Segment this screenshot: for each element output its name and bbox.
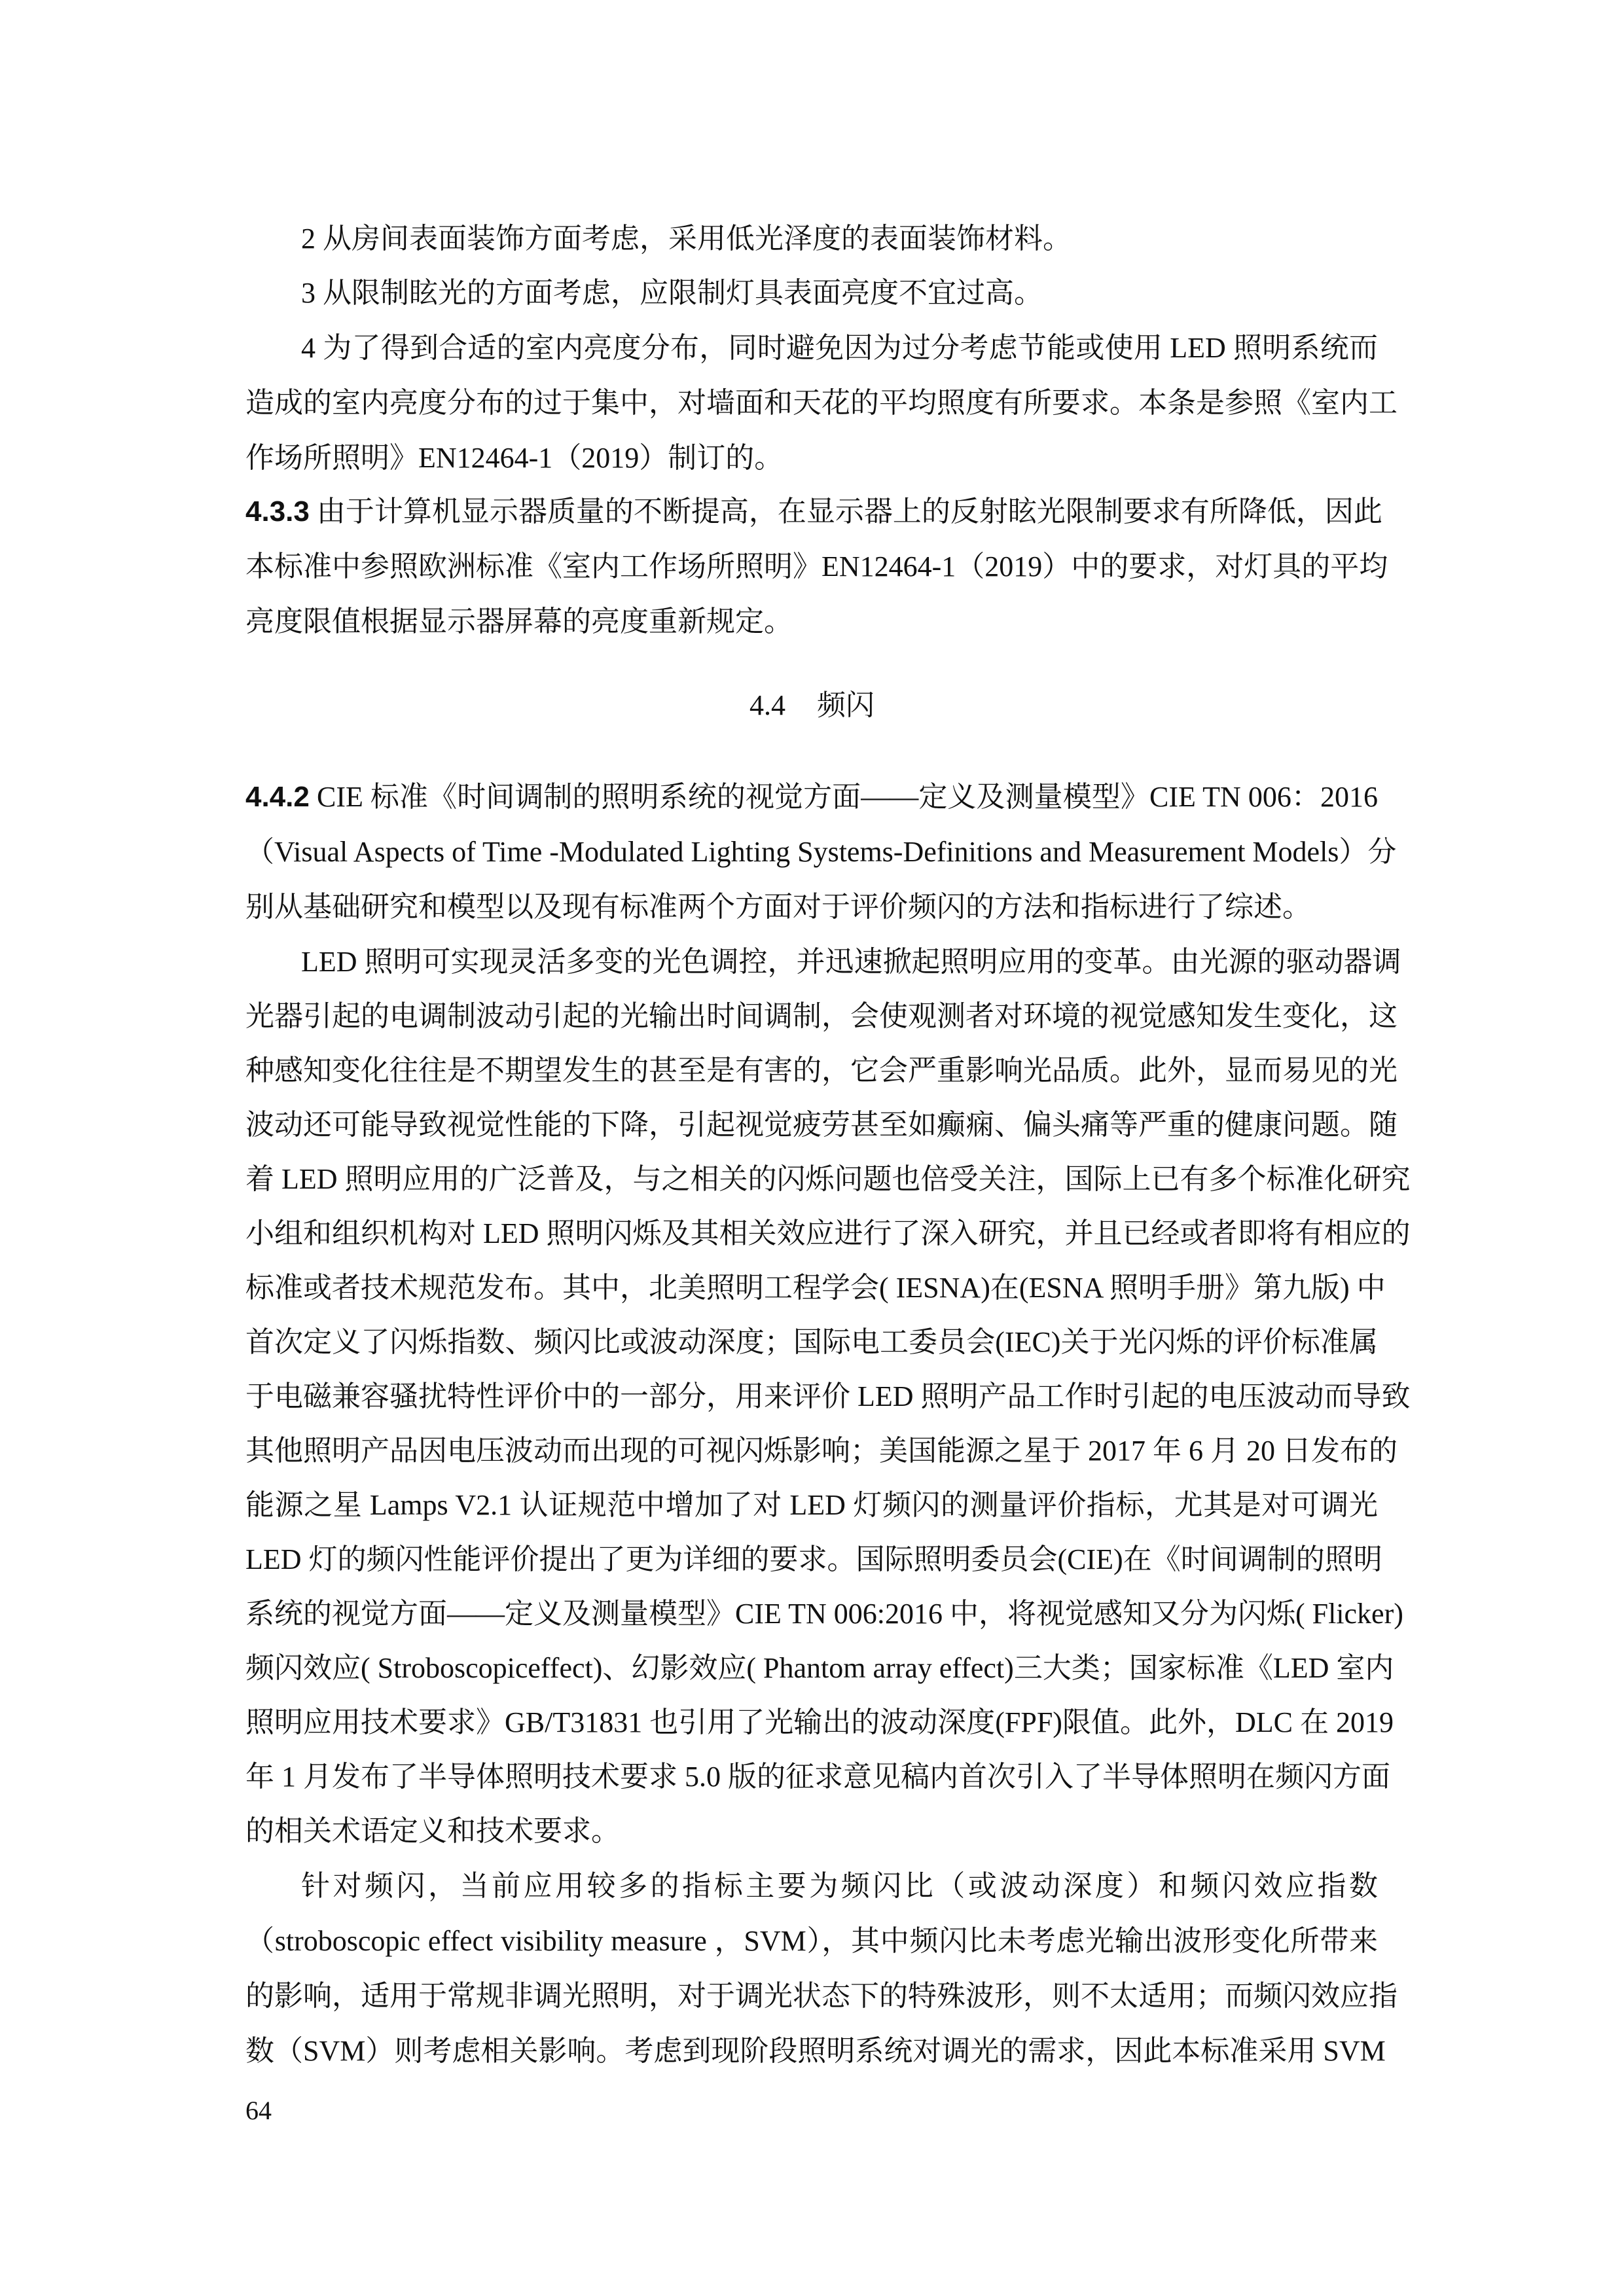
paragraph-led-line-15: 照明应用技术要求》GB/T31831 也引用了光输出的波动深度(FPF)限值。此… [245,1703,1378,1742]
paragraph-led-line-12: LED 灯的频闪性能评价提出了更为详细的要求。国际照明委员会(CIE)在《时间调… [245,1540,1378,1579]
paragraph-led-line-11: 能源之星 Lamps V2.1 认证规范中增加了对 LED 灯频闪的测量评价指标… [245,1486,1378,1525]
clause-4-4-2-line-1: 4.4.2 CIE 标准《时间调制的照明系统的视觉方面——定义及测量模型》CIE… [245,778,1378,817]
page-number: 64 [245,2094,272,2127]
paragraph-led-line-4: 波动还可能导致视觉性能的下降，引起视觉疲劳甚至如癫痫、偏头痛等严重的健康问题。随 [245,1105,1378,1145]
paragraph-item-2-line-1: 2 从房间表面装饰方面考虑，采用低光泽度的表面装饰材料。 [301,219,1378,259]
paragraph-svm-line-4: 数（SVM）则考虑相关影响。考虑到现阶段照明系统对调光的需求，因此本标准采用 S… [245,2032,1378,2071]
section-heading: 4.4频闪 [0,686,1624,725]
paragraph-led-line-2: 光器引起的电调制波动引起的光输出时间调制，会使观测者对环境的视觉感知发生变化，这 [245,997,1378,1036]
paragraph-item-4-line-2: 造成的室内亮度分布的过于集中，对墙面和天花的平均照度有所要求。本条是参照《室内工 [245,384,1378,423]
paragraph-item-4-line-1: 4 为了得到合适的室内亮度分布，同时避免因为过分考虑节能或使用 LED 照明系统… [301,329,1378,368]
document-page: 2 从房间表面装饰方面考虑，采用低光泽度的表面装饰材料。 3 从限制眩光的方面考… [0,0,1624,2296]
paragraph-led-line-1: LED 照明可实现灵活多变的光色调控，并迅速掀起照明应用的变革。由光源的驱动器调 [301,942,1378,982]
paragraph-led-line-3: 种感知变化往往是不期望发生的甚至是有害的，它会严重影响光品质。此外，显而易见的光 [245,1051,1378,1090]
paragraph-item-4-line-3: 作场所照明》EN12464-1（2019）制订的。 [245,439,1378,478]
paragraph-led-line-17: 的相关术语定义和技术要求。 [245,1812,1378,1851]
section-number: 4.4 [749,689,785,721]
clause-4-3-3-line-2: 本标准中参照欧洲标准《室内工作场所照明》EN12464-1（2019）中的要求，… [245,547,1378,586]
clause-4-3-3-line-1: 4.3.3 由于计算机显示器质量的不断提高，在显示器上的反射眩光限制要求有所降低… [245,492,1378,531]
clause-4-4-2-line-2: （Visual Aspects of Time -Modulated Light… [245,833,1378,872]
clause-4-4-2-line-3: 别从基础研究和模型以及现有标准两个方面对于评价频闪的方法和指标进行了综述。 [245,888,1378,927]
clause-number: 4.3.3 [245,495,310,528]
paragraph-led-line-16: 年 1 月发布了半导体照明技术要求 5.0 版的征求意见稿内首次引入了半导体照明… [245,1757,1378,1797]
section-title: 频闪 [817,689,875,721]
paragraph-led-line-9: 于电磁兼容骚扰特性评价中的一部分，用来评价 LED 照明产品工作时引起的电压波动… [245,1377,1378,1416]
clause-text: 由于计算机显示器质量的不断提高，在显示器上的反射眩光限制要求有所降低，因此 [317,495,1382,528]
clause-number: 4.4.2 [245,781,310,813]
paragraph-item-3-line-1: 3 从限制眩光的方面考虑，应限制灯具表面亮度不宜过高。 [301,274,1378,313]
paragraph-svm-line-3: 的影响，适用于常规非调光照明，对于调光状态下的特殊波形，则不太适用；而频闪效应指 [245,1977,1378,2016]
paragraph-led-line-13: 系统的视觉方面——定义及测量模型》CIE TN 006:2016 中，将视觉感知… [245,1594,1378,1634]
paragraph-svm-line-2: （stroboscopic effect visibility measure … [245,1922,1378,1961]
paragraph-led-line-14: 频闪效应( Stroboscopiceffect)、幻影效应( Phantom … [245,1649,1378,1688]
clause-text: CIE 标准《时间调制的照明系统的视觉方面——定义及测量模型》CIE TN 00… [317,781,1378,813]
paragraph-led-line-10: 其他照明产品因电压波动而出现的可视闪烁影响；美国能源之星于 2017 年 6 月… [245,1431,1378,1471]
paragraph-led-line-5: 着 LED 照明应用的广泛普及，与之相关的闪烁问题也倍受关注，国际上已有多个标准… [245,1160,1378,1199]
paragraph-led-line-7: 标准或者技术规范发布。其中，北美照明工程学会( IESNA)在(ESNA 照明手… [245,1268,1378,1308]
paragraph-led-line-8: 首次定义了闪烁指数、频闪比或波动深度；国际电工委员会(IEC)关于光闪烁的评价标… [245,1323,1378,1362]
paragraph-led-line-6: 小组和组织机构对 LED 照明闪烁及其相关效应进行了深入研究，并且已经或者即将有… [245,1214,1378,1253]
clause-4-3-3-line-3: 亮度限值根据显示器屏幕的亮度重新规定。 [245,602,1378,641]
paragraph-svm-line-1: 针对频闪，当前应用较多的指标主要为频闪比（或波动深度）和频闪效应指数 [301,1867,1378,1906]
